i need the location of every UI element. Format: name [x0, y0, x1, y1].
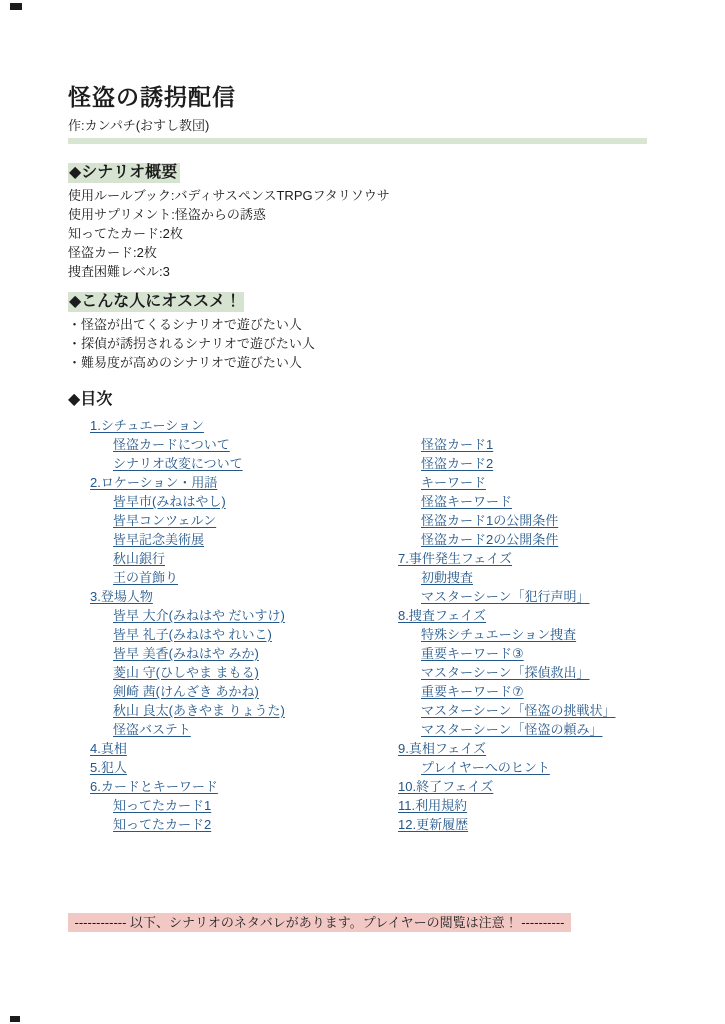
- toc-row: 皆早 美香(みねはや みか): [90, 644, 390, 663]
- toc-link[interactable]: 5.犯人: [90, 760, 127, 775]
- toc-link[interactable]: 怪盗キーワード: [421, 494, 512, 509]
- toc-row: 王の首飾り: [90, 568, 390, 587]
- recommend-section: ◆こんな人にオススメ！ ・怪盗が出てくるシナリオで遊びたい人・探偵が誘拐されるシ…: [68, 292, 315, 372]
- toc-row: 皆早 大介(みねはや だいすけ): [90, 606, 390, 625]
- toc-link[interactable]: マスターシーン「探偵救出」: [421, 665, 589, 680]
- toc-column-right: 怪盗カード1怪盗カード2キーワード怪盗キーワード怪盗カード1の公開条件怪盗カード…: [398, 435, 718, 834]
- toc-row: 怪盗カード1の公開条件: [398, 511, 718, 530]
- toc-row: 知ってたカード2: [90, 815, 390, 834]
- toc-link[interactable]: 怪盗カード2の公開条件: [421, 532, 558, 547]
- toc-row: 秋山銀行: [90, 549, 390, 568]
- toc-link[interactable]: 剣崎 茜(けんざき あかね): [113, 684, 259, 699]
- overview-line: 怪盗カード:2枚: [68, 243, 390, 262]
- toc-link[interactable]: 特殊シチュエーション捜査: [421, 627, 576, 642]
- spoiler-warning-banner: ------------ 以下、シナリオのネタバレがあります。プレイヤーの閲覧は…: [68, 913, 571, 932]
- toc-link[interactable]: 皆早 礼子(みねはや れいこ): [113, 627, 272, 642]
- toc-row: 怪盗カード2の公開条件: [398, 530, 718, 549]
- toc-link[interactable]: 知ってたカード1: [113, 798, 211, 813]
- document-page: 怪盗の誘拐配信 作:カンパチ(おすし教団) ◆シナリオ概要 使用ルールブック:バ…: [0, 0, 725, 1024]
- toc-row: 怪盗カードについて: [90, 435, 390, 454]
- toc-link[interactable]: キーワード: [421, 475, 486, 490]
- toc-row: 5.犯人: [90, 758, 390, 777]
- recommend-item: ・難易度が高めのシナリオで遊びたい人: [68, 353, 315, 372]
- toc-row: 12.更新履歴: [398, 815, 718, 834]
- toc-heading: ◆目次: [68, 390, 112, 410]
- toc-link[interactable]: 秋山 良太(あきやま りょうた): [113, 703, 285, 718]
- toc-link[interactable]: マスターシーン「犯行声明」: [421, 589, 589, 604]
- toc-row: 4.真相: [90, 739, 390, 758]
- toc-link[interactable]: マスターシーン「怪盗の頼み」: [421, 722, 602, 737]
- toc-row: 秋山 良太(あきやま りょうた): [90, 701, 390, 720]
- toc-link[interactable]: 4.真相: [90, 741, 127, 756]
- toc-row: 3.登場人物: [90, 587, 390, 606]
- toc-row: 皆早コンツェルン: [90, 511, 390, 530]
- page-corner-artifact: [10, 3, 22, 10]
- toc-link[interactable]: 8.捜査フェイズ: [398, 608, 486, 623]
- page-title: 怪盗の誘拐配信: [68, 82, 236, 112]
- toc-column-left: 1.シチュエーション怪盗カードについてシナリオ改変について2.ロケーション・用語…: [90, 416, 390, 834]
- toc-row: 11.利用規約: [398, 796, 718, 815]
- toc-row: 知ってたカード1: [90, 796, 390, 815]
- toc-row: 菱山 守(ひしやま まもる): [90, 663, 390, 682]
- overview-line: 知ってたカード:2枚: [68, 224, 390, 243]
- toc-link[interactable]: マスターシーン「怪盗の挑戦状」: [421, 703, 615, 718]
- recommend-heading: ◆こんな人にオススメ！: [68, 292, 315, 312]
- toc-row: プレイヤーへのヒント: [398, 758, 718, 777]
- toc-row: 特殊シチュエーション捜査: [398, 625, 718, 644]
- toc-link[interactable]: 皆早市(みねはやし): [113, 494, 226, 509]
- toc-row: 重要キーワード⑦: [398, 682, 718, 701]
- author-line: 作:カンパチ(おすし教団): [68, 117, 209, 134]
- toc-row: 怪盗バステト: [90, 720, 390, 739]
- overview-heading: ◆シナリオ概要: [68, 163, 390, 183]
- page-corner-artifact: [10, 1016, 20, 1022]
- toc-link[interactable]: 皆早 美香(みねはや みか): [113, 646, 259, 661]
- toc-link[interactable]: 知ってたカード2: [113, 817, 211, 832]
- toc-row: マスターシーン「探偵救出」: [398, 663, 718, 682]
- toc-row: 剣崎 茜(けんざき あかね): [90, 682, 390, 701]
- toc-link[interactable]: 10.終了フェイズ: [398, 779, 493, 794]
- toc-row: マスターシーン「犯行声明」: [398, 587, 718, 606]
- toc-link[interactable]: 7.事件発生フェイズ: [398, 551, 512, 566]
- toc-link[interactable]: 重要キーワード③: [421, 646, 524, 661]
- toc-link[interactable]: 1.シチュエーション: [90, 418, 204, 433]
- toc-link[interactable]: 怪盗カード1の公開条件: [421, 513, 558, 528]
- toc-link[interactable]: 2.ロケーション・用語: [90, 475, 217, 490]
- toc-link[interactable]: 9.真相フェイズ: [398, 741, 486, 756]
- toc-row: 皆早市(みねはやし): [90, 492, 390, 511]
- toc-row: 10.終了フェイズ: [398, 777, 718, 796]
- section-divider: [68, 138, 647, 144]
- overview-line: 捜査困難レベル:3: [68, 262, 390, 281]
- toc-link[interactable]: 皆早記念美術展: [113, 532, 204, 547]
- recommend-item: ・怪盗が出てくるシナリオで遊びたい人: [68, 315, 315, 334]
- toc-link[interactable]: 3.登場人物: [90, 589, 153, 604]
- toc-row: マスターシーン「怪盗の挑戦状」: [398, 701, 718, 720]
- overview-line: 使用サプリメント:怪盗からの誘惑: [68, 205, 390, 224]
- overview-lines: 使用ルールブック:バディサスペンスTRPGフタリソウサ使用サプリメント:怪盗から…: [68, 186, 390, 281]
- toc-link[interactable]: 怪盗カード2: [421, 456, 493, 471]
- recommend-list: ・怪盗が出てくるシナリオで遊びたい人・探偵が誘拐されるシナリオで遊びたい人・難易…: [68, 315, 315, 372]
- toc-link[interactable]: 怪盗バステト: [113, 722, 191, 737]
- toc-row: マスターシーン「怪盗の頼み」: [398, 720, 718, 739]
- toc-row: 2.ロケーション・用語: [90, 473, 390, 492]
- toc-link[interactable]: 重要キーワード⑦: [421, 684, 524, 699]
- toc-link[interactable]: 王の首飾り: [113, 570, 178, 585]
- scenario-overview-section: ◆シナリオ概要 使用ルールブック:バディサスペンスTRPGフタリソウサ使用サプリ…: [68, 163, 390, 281]
- toc-link[interactable]: 秋山銀行: [113, 551, 165, 566]
- toc-row: 7.事件発生フェイズ: [398, 549, 718, 568]
- toc-row: 怪盗キーワード: [398, 492, 718, 511]
- toc-link[interactable]: 菱山 守(ひしやま まもる): [113, 665, 259, 680]
- toc-link[interactable]: 11.利用規約: [398, 798, 467, 813]
- toc-row: 6.カードとキーワード: [90, 777, 390, 796]
- toc-row: 初動捜査: [398, 568, 718, 587]
- toc-link[interactable]: 初動捜査: [421, 570, 473, 585]
- toc-row: 8.捜査フェイズ: [398, 606, 718, 625]
- toc-row: 怪盗カード1: [398, 435, 718, 454]
- toc-link[interactable]: 怪盗カード1: [421, 437, 493, 452]
- toc-link[interactable]: プレイヤーへのヒント: [421, 760, 550, 775]
- toc-link[interactable]: 皆早コンツェルン: [113, 513, 216, 528]
- toc-row: 皆早記念美術展: [90, 530, 390, 549]
- toc-row: キーワード: [398, 473, 718, 492]
- toc-link[interactable]: 12.更新履歴: [398, 817, 468, 832]
- toc-row: 皆早 礼子(みねはや れいこ): [90, 625, 390, 644]
- toc-link[interactable]: 皆早 大介(みねはや だいすけ): [113, 608, 285, 623]
- toc-row: 重要キーワード③: [398, 644, 718, 663]
- overview-line: 使用ルールブック:バディサスペンスTRPGフタリソウサ: [68, 186, 390, 205]
- toc-link[interactable]: シナリオ改変について: [113, 456, 243, 471]
- toc-row: 9.真相フェイズ: [398, 739, 718, 758]
- toc-row: 怪盗カード2: [398, 454, 718, 473]
- recommend-item: ・探偵が誘拐されるシナリオで遊びたい人: [68, 334, 315, 353]
- toc-link[interactable]: 6.カードとキーワード: [90, 779, 218, 794]
- toc-row: シナリオ改変について: [90, 454, 390, 473]
- toc-link[interactable]: 怪盗カードについて: [113, 437, 230, 452]
- toc-section: ◆目次: [68, 390, 112, 410]
- toc-row: 1.シチュエーション: [90, 416, 390, 435]
